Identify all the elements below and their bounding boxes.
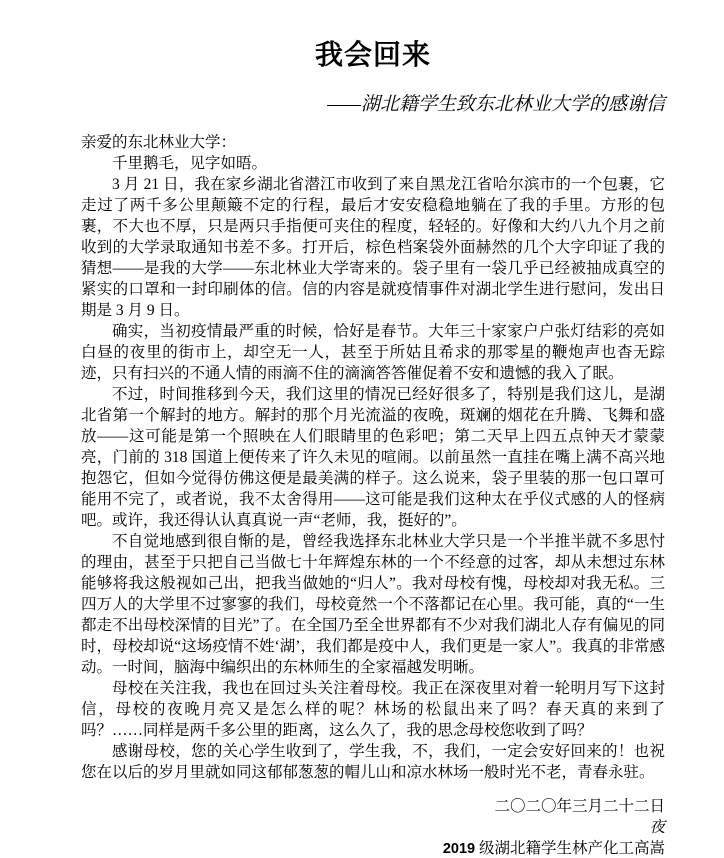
body-paragraph-3: 不过，时间推移到今天，我们这里的情况已经好很多了，特别是我们这儿，是湖北省第一个… — [81, 384, 665, 531]
letter-content: 我会回来 ——湖北籍学生致东北林业大学的感谢信 亲爱的东北林业大学： 千里鹅毛，… — [81, 30, 665, 858]
body-paragraph-1: 3 月 21 日，我在家乡湖北省潜江市收到了来自黑龙江省哈尔滨市的一个包裹，它走… — [81, 174, 665, 321]
body-paragraph-5: 母校在关注我，我也在回过头关注着母校。我正在深夜里对着一轮明月写下这封信，母校的… — [81, 678, 665, 741]
signature-time: 夜 — [81, 817, 665, 838]
signature-author-name: 级湖北籍学生林产化工高嵩 — [475, 840, 665, 857]
signature-author: 2019 级湖北籍学生林产化工高嵩 — [81, 838, 665, 858]
signature-date: 二〇二〇年三月二十二日 — [81, 796, 665, 817]
signature-author-year: 2019 — [443, 841, 475, 857]
body-paragraph-2: 确实，当初疫情最严重的时候，恰好是春节。大年三十家家户户张灯结彩的亮如白昼的夜里… — [81, 321, 665, 384]
letter-body: 亲爱的东北林业大学： 千里鹅毛，见字如晤。 3 月 21 日，我在家乡湖北省潜江… — [81, 132, 665, 783]
signature-block: 二〇二〇年三月二十二日 夜 2019 级湖北籍学生林产化工高嵩 — [81, 796, 665, 858]
page-title: 我会回来 — [81, 36, 665, 76]
letter-page: 我会回来 ——湖北籍学生致东北林业大学的感谢信 亲爱的东北林业大学： 千里鹅毛，… — [0, 0, 724, 858]
body-paragraph-4: 不自觉地感到很自惭的是，曾经我选择东北林业大学只是一个半推半就不多思忖的理由，甚… — [81, 531, 665, 678]
salutation: 亲爱的东北林业大学： — [81, 132, 665, 153]
opening-line: 千里鹅毛，见字如晤。 — [81, 153, 665, 174]
body-paragraph-6: 感谢母校，您的关心学生收到了，学生我，不，我们，一定会安好回来的！也祝您在以后的… — [81, 741, 665, 783]
document-subtitle: ——湖北籍学生致东北林业大学的感谢信 — [81, 92, 665, 118]
